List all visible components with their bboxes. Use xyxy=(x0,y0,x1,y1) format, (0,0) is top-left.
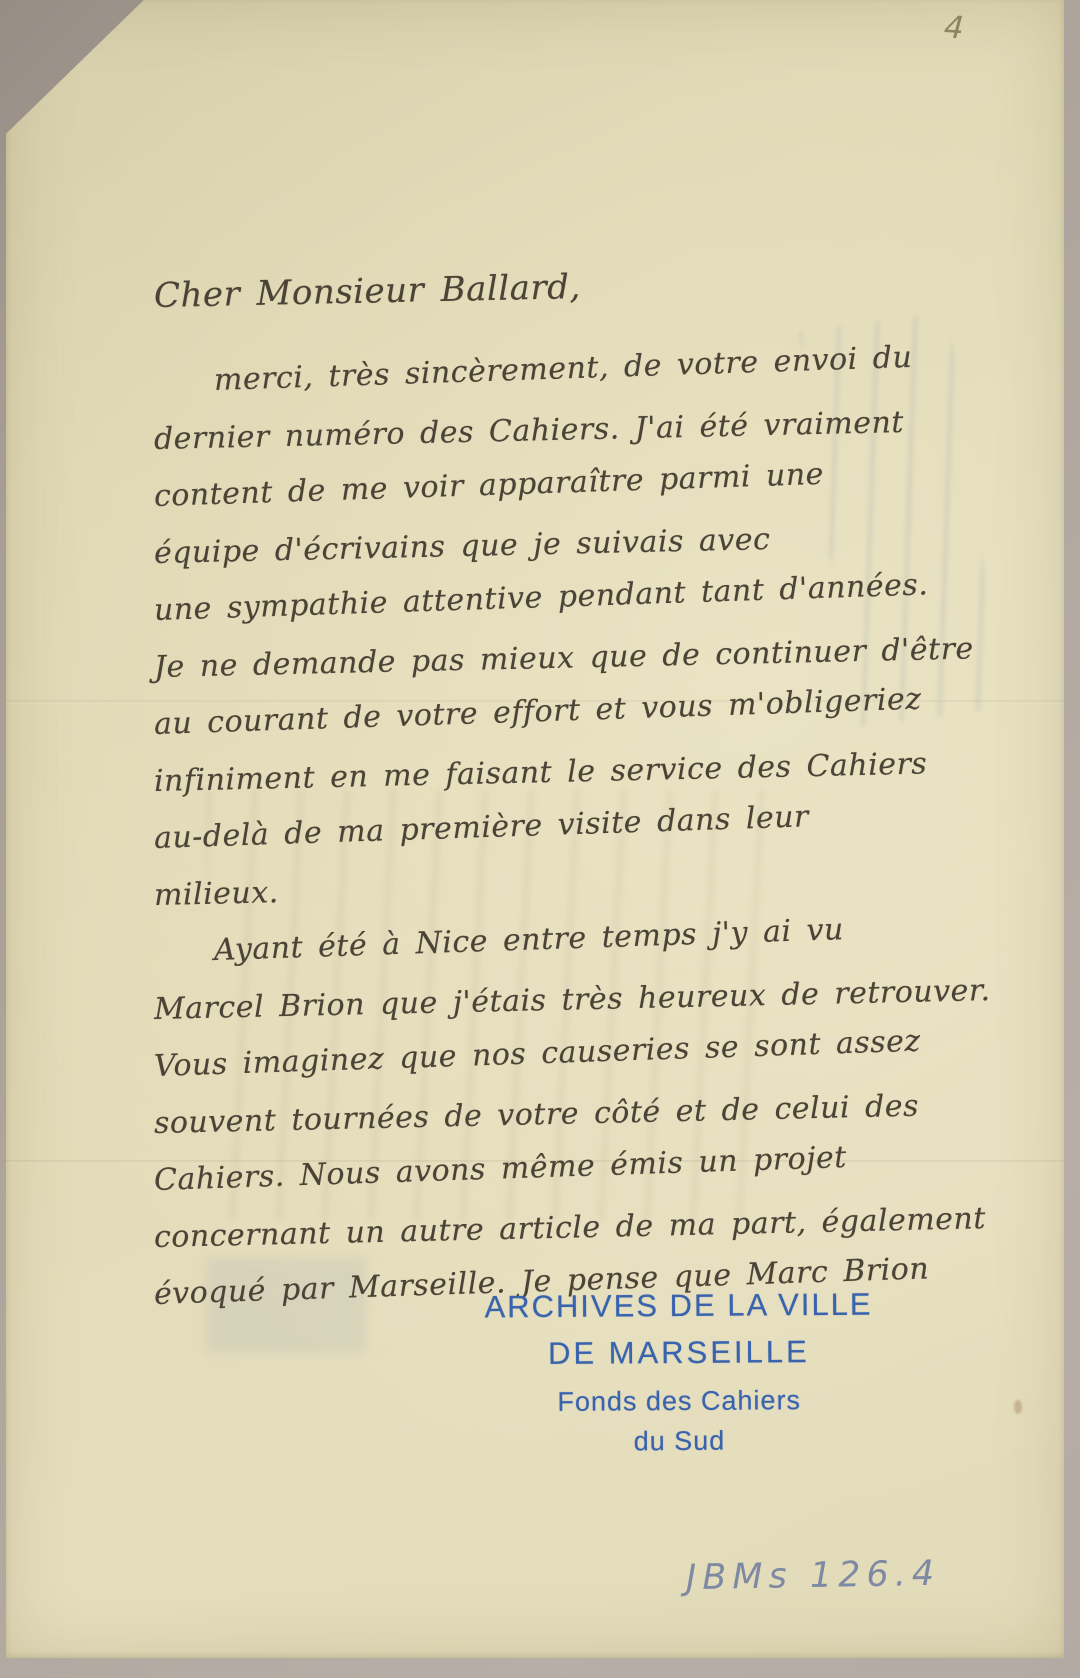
letter-paper: Cher Monsieur Ballard, merci, très sincè… xyxy=(6,0,1064,1658)
archive-stamp-line: ARCHIVES DE LA VILLE xyxy=(443,1286,913,1325)
page-number: 4 xyxy=(943,9,965,46)
archive-stamp-line: DE MARSEILLE xyxy=(444,1333,914,1372)
paper-stain xyxy=(1014,1400,1022,1414)
scanned-letter-page: Cher Monsieur Ballard, merci, très sincè… xyxy=(0,0,1080,1678)
archive-stamp-line: du Sud xyxy=(444,1424,914,1458)
archive-stamp-line: Fonds des Cahiers xyxy=(444,1384,914,1418)
archive-stamp: ARCHIVES DE LA VILLE DE MARSEILLE Fonds … xyxy=(443,1286,914,1458)
catalog-number: JBMs 126.4 xyxy=(686,1554,941,1598)
letter-body: merci, très sincèrement, de votre envoi … xyxy=(154,354,964,1323)
salutation: Cher Monsieur Ballard, xyxy=(154,267,582,316)
